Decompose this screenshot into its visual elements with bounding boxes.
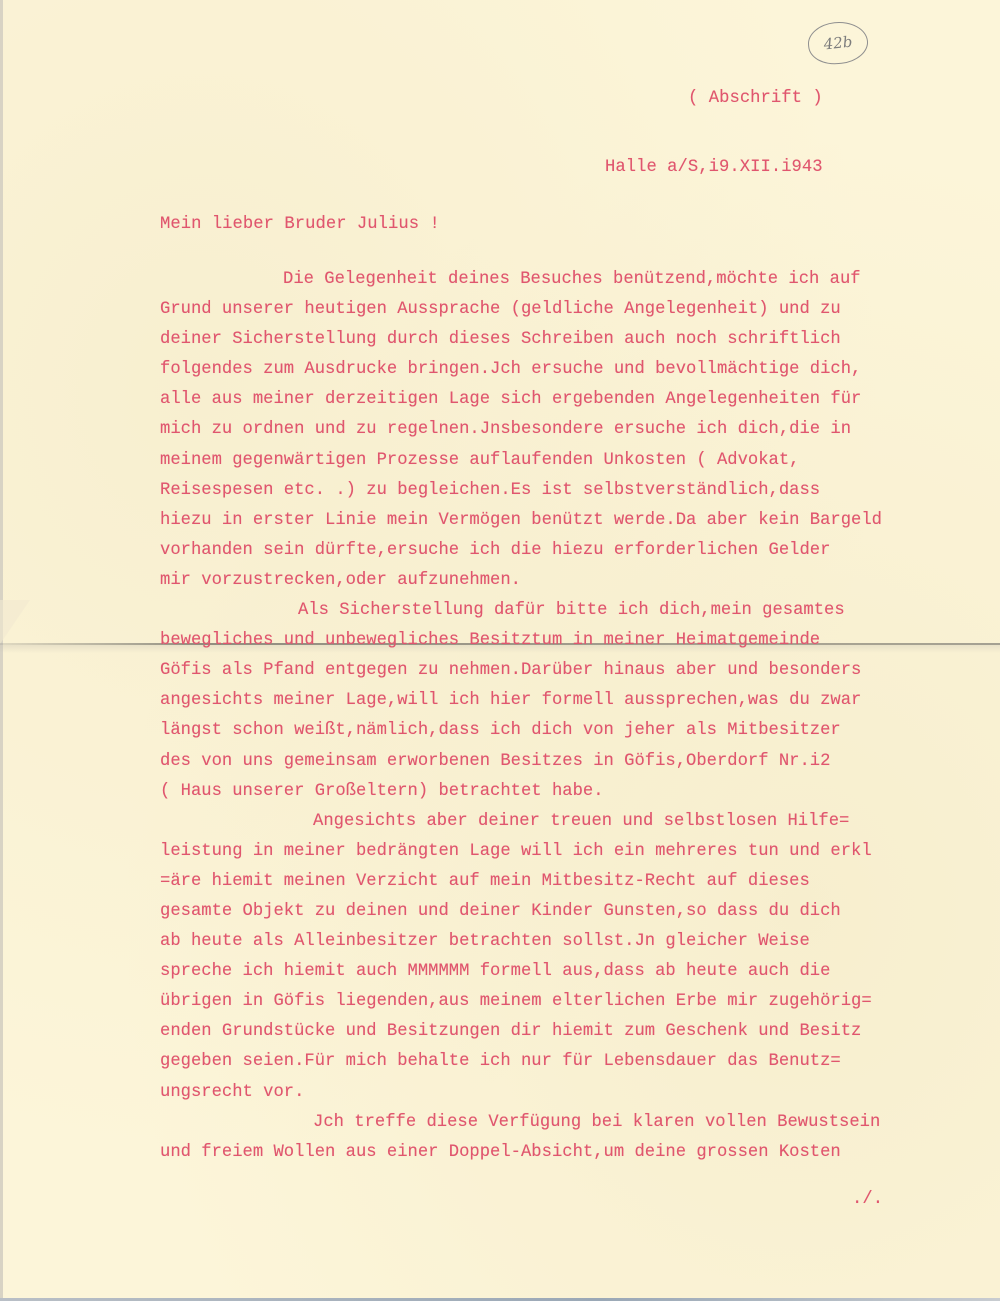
body-line: Göfis als Pfand entgegen zu nehmen.Darüb… bbox=[160, 656, 882, 686]
body-line: meinem gegenwärtigen Prozesse auflaufend… bbox=[160, 446, 882, 476]
body-line: gesamte Objekt zu deinen und deiner Kind… bbox=[160, 897, 882, 927]
paragraph-first-line: Jch treffe diese Verfügung bei klaren vo… bbox=[160, 1108, 882, 1138]
body-line: ( Haus unserer Großeltern) betrachtet ha… bbox=[160, 777, 882, 807]
place-date: Halle a/S,i9.XII.i943 bbox=[605, 158, 823, 177]
body-line: mich zu ordnen und zu regelnen.Jnsbesond… bbox=[160, 415, 882, 445]
body-line: hiezu in erster Linie mein Vermögen benü… bbox=[160, 506, 882, 536]
body-line: mir vorzustrecken,oder aufzunehmen. bbox=[160, 566, 882, 596]
body-line: längst schon weißt,nämlich,dass ich dich… bbox=[160, 716, 882, 746]
body-line: enden Grundstücke und Besitzungen dir hi… bbox=[160, 1017, 882, 1047]
paragraph-first-line: Die Gelegenheit deines Besuches benützen… bbox=[160, 265, 882, 295]
body-line: alle aus meiner derzeitigen Lage sich er… bbox=[160, 385, 882, 415]
body-line: übrigen in Göfis liegenden,aus meinem el… bbox=[160, 987, 882, 1017]
body-line: gegeben seien.Für mich behalte ich nur f… bbox=[160, 1047, 882, 1077]
body-line: folgendes zum Ausdrucke bringen.Jch ersu… bbox=[160, 355, 882, 385]
body-line: ab heute als Alleinbesitzer betrachten s… bbox=[160, 927, 882, 957]
body-line: deiner Sicherstellung durch dieses Schre… bbox=[160, 325, 882, 355]
body-line: leistung in meiner bedrängten Lage will … bbox=[160, 837, 882, 867]
body-line: spreche ich hiemit auch MMMMMM formell a… bbox=[160, 957, 882, 987]
body-line: vorhanden sein dürfte,ersuche ich die hi… bbox=[160, 536, 882, 566]
letter-body: Die Gelegenheit deines Besuches benützen… bbox=[160, 265, 882, 1168]
body-line: =äre hiemit meinen Verzicht auf mein Mit… bbox=[160, 867, 882, 897]
letter-page: 42b ( Abschrift ) Halle a/S,i9.XII.i943 … bbox=[0, 0, 1000, 1301]
fold-corner bbox=[0, 600, 30, 644]
body-line: des von uns gemeinsam erworbenen Besitze… bbox=[160, 747, 882, 777]
continuation-mark: ./. bbox=[852, 1190, 883, 1209]
body-line: und freiem Wollen aus einer Doppel-Absic… bbox=[160, 1138, 882, 1168]
salutation: Mein lieber Bruder Julius ! bbox=[160, 215, 440, 234]
paragraph-first-line: Angesichts aber deiner treuen und selbst… bbox=[160, 807, 882, 837]
body-line: Grund unserer heutigen Aussprache (geldl… bbox=[160, 295, 882, 325]
body-line: Reisespesen etc. .) zu begleichen.Es ist… bbox=[160, 476, 882, 506]
paragraph-first-line: Als Sicherstellung dafür bitte ich dich,… bbox=[160, 596, 882, 626]
body-line: bewegliches und unbewegliches Besitztum … bbox=[160, 626, 882, 656]
body-line: angesichts meiner Lage,will ich hier for… bbox=[160, 686, 882, 716]
copy-label: ( Abschrift ) bbox=[688, 89, 823, 108]
archive-number-stamp: 42b bbox=[806, 19, 870, 67]
body-line: ungsrecht vor. bbox=[160, 1078, 882, 1108]
